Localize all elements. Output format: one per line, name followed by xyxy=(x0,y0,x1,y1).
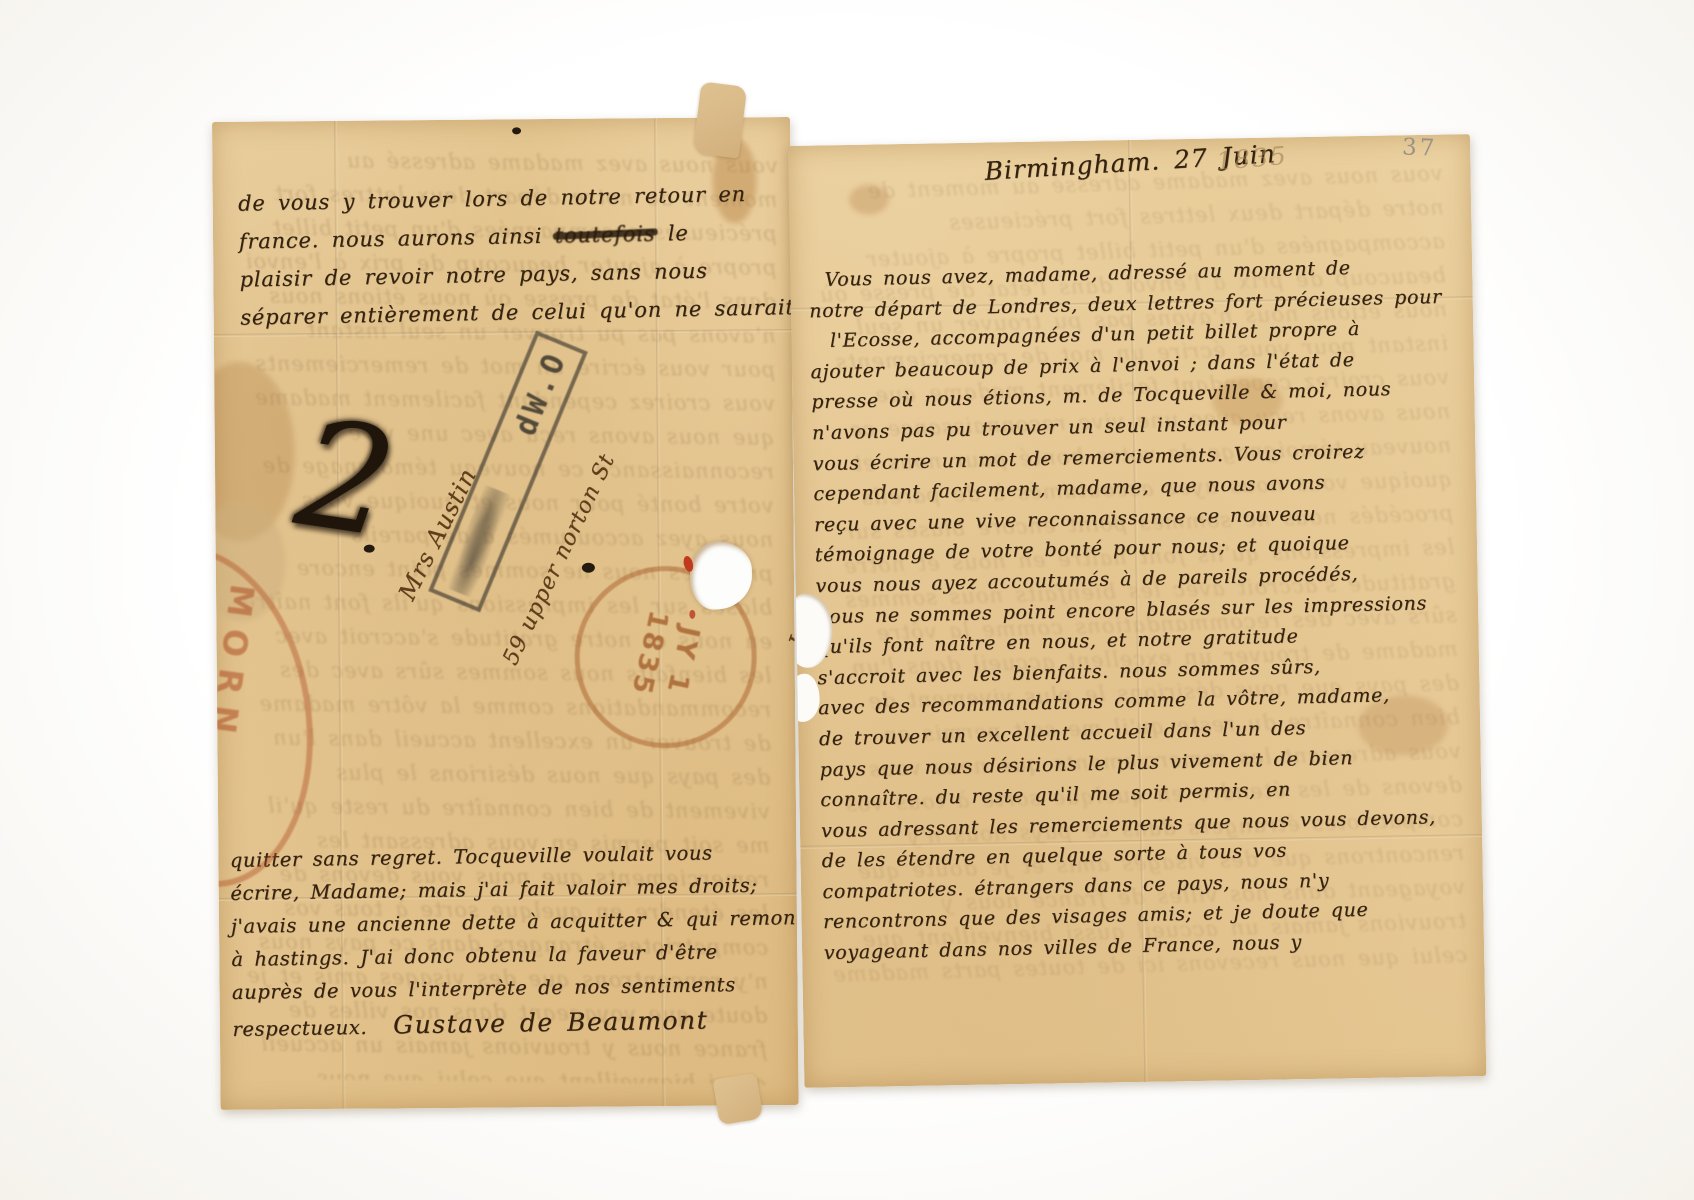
signature-gustave-de-beaumont: Gustave de Beaumont xyxy=(393,1005,708,1039)
left-page-top-paragraph: de vous y trouver lors de notre retour e… xyxy=(238,174,795,337)
text-after-strikeout: le xyxy=(655,221,689,246)
letter-left-leaf-address-side: vous nous avez madame adressé au moment … xyxy=(212,117,799,1110)
pencil-year-annotation: 1835 xyxy=(1215,141,1289,176)
left-page-bottom-paragraph: quitter sans regret. Tocqueville voulait… xyxy=(230,835,799,1046)
pencil-folio-number: 37 xyxy=(1402,134,1438,161)
torn-seal-flap-top xyxy=(693,81,747,158)
red-wax-remnant xyxy=(689,610,695,619)
ink-speck xyxy=(582,563,595,573)
closing-word: respectueux. xyxy=(232,1016,367,1041)
torn-seal-flap-bottom xyxy=(713,1073,764,1125)
struck-out-word: toutefois xyxy=(554,215,655,255)
text-before-strikeout: france. nous aurons ainsi xyxy=(239,224,555,254)
photograph-of-1835-letter: vous nous avez madame adressé au moment … xyxy=(0,0,1694,1200)
letter-right-leaf-first-page: vous nous avez madame adressé au moment … xyxy=(788,134,1486,1088)
ink-speck xyxy=(512,127,521,134)
right-page-body-text: Vous nous avez, madame, adressé au momen… xyxy=(808,251,1457,969)
